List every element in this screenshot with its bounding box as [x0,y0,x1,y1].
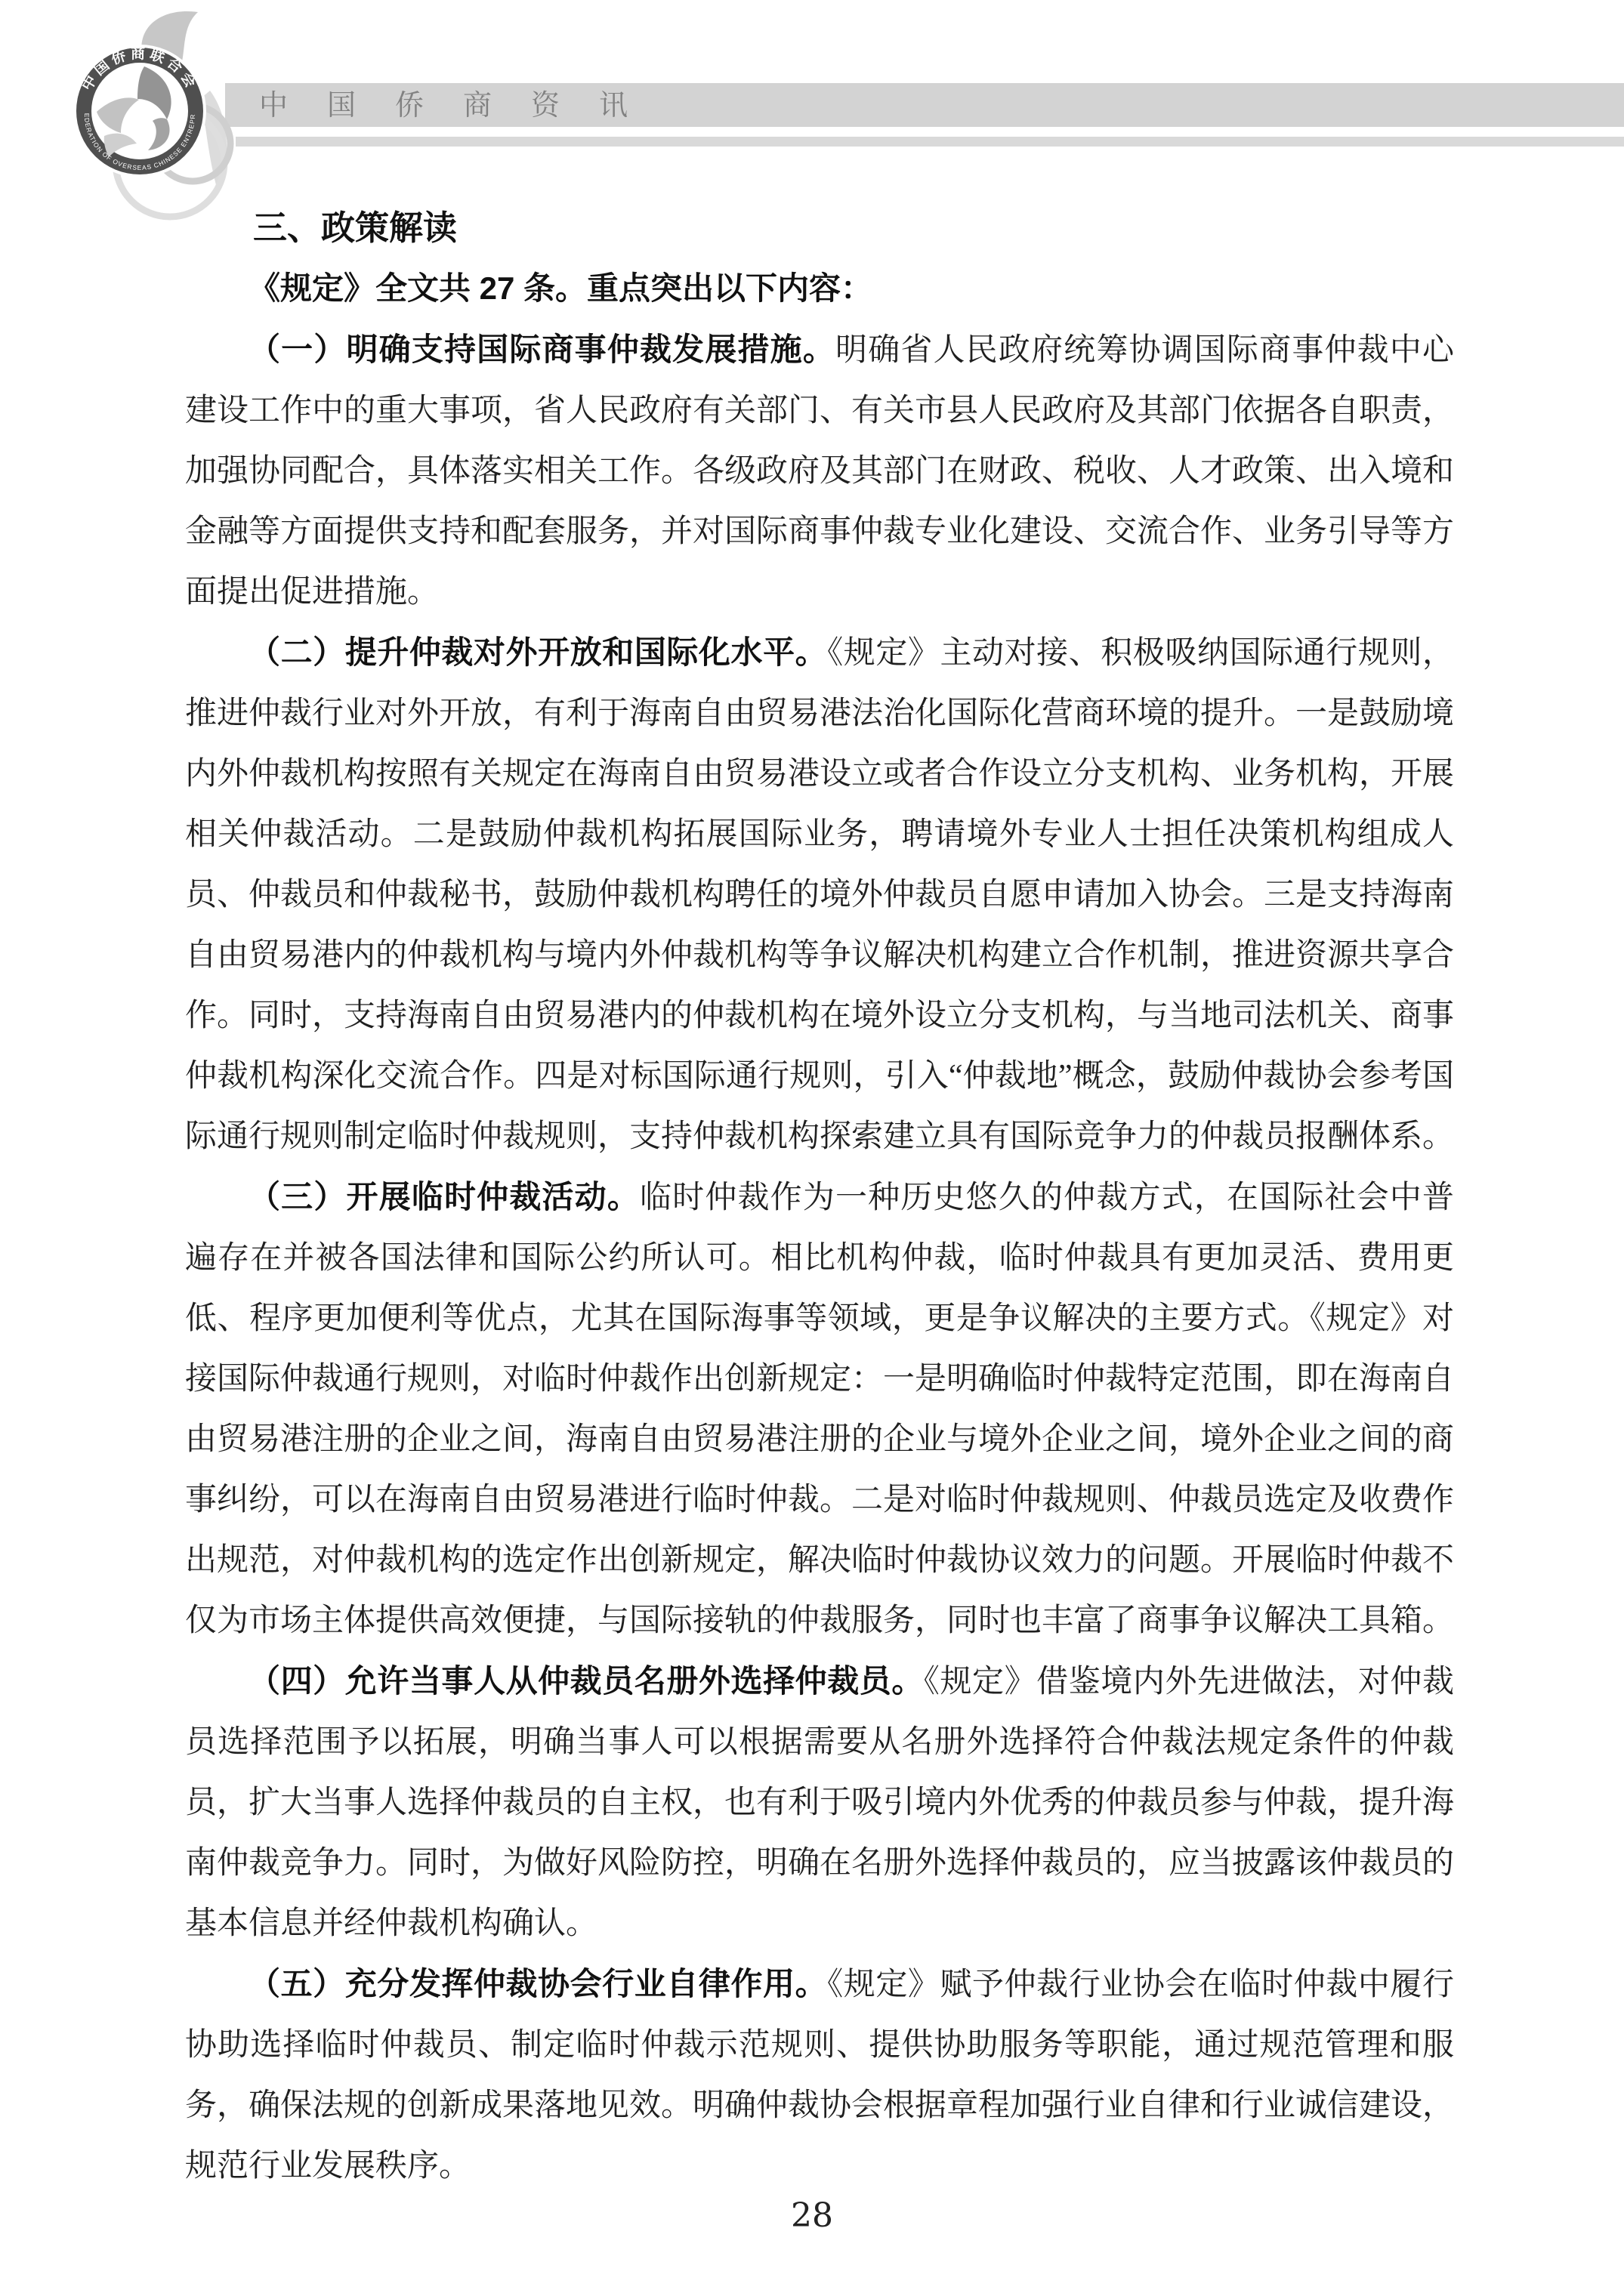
masthead-title: 中国侨商资讯 [259,91,667,120]
paragraph-4: （四）允许当事人从仲裁员名册外选择仲裁员。《规定》借鉴境内外先进做法，对仲裁员选… [185,1651,1454,1954]
paragraph-3-lead: （三）开展临时仲裁活动。 [249,1179,640,1214]
paragraph-1-text: 明确省人民政府统筹协调国际商事仲裁中心建设工作中的重大事项，省人民政府有关部门、… [185,333,1454,610]
paragraph-3-text: 临时仲裁作为一种历史悠久的仲裁方式，在国际社会中普遍存在并被各国法律和国际公约所… [185,1180,1454,1638]
page-number: 28 [0,2196,1624,2235]
intro-line: 《规定》全文共 27 条。重点突出以下内容： [185,258,1454,319]
paragraph-1: （一）明确支持国际商事仲裁发展措施。明确省人民政府统筹协调国际商事仲裁中心建设工… [185,319,1454,622]
federation-logo: 中国侨商联合会 CHINA FEDERATION OF OVERSEAS CHI… [38,0,287,227]
paragraph-1-lead: （一）明确支持国际商事仲裁发展措施。 [249,332,835,367]
document-page: 中国侨商资讯 中国侨商联合会 [0,0,1624,2293]
paragraph-2-text: 《规定》主动对接、积极吸纳国际通行规则，推进仲裁行业对外开放，有利于海南自由贸易… [185,636,1454,1154]
section-heading: 三、政策解读 [185,198,1454,258]
paragraph-3: （三）开展临时仲裁活动。临时仲裁作为一种历史悠久的仲裁方式，在国际社会中普遍存在… [185,1167,1454,1651]
header-subband [236,137,1624,147]
federation-logo-icon: 中国侨商联合会 CHINA FEDERATION OF OVERSEAS CHI… [38,0,287,227]
paragraph-4-text: 《规定》借鉴境内外先进做法，对仲裁员选择范围予以拓展，明确当事人可以根据需要从名… [185,1665,1454,1941]
paragraph-2-lead: （二）提升仲裁对外开放和国际化水平。 [249,634,827,670]
paragraph-2: （二）提升仲裁对外开放和国际化水平。《规定》主动对接、积极吸纳国际通行规则，推进… [185,622,1454,1167]
intro-text: 《规定》全文共 27 条。重点突出以下内容： [249,270,872,306]
article-body: 三、政策解读 《规定》全文共 27 条。重点突出以下内容： （一）明确支持国际商… [185,198,1454,2196]
paragraph-5-lead: （五）充分发挥仲裁协会行业自律作用。 [249,1966,827,2001]
paragraph-4-lead: （四）允许当事人从仲裁员名册外选择仲裁员。 [249,1663,924,1699]
paragraph-5: （五）充分发挥仲裁协会行业自律作用。《规定》赋予仲裁行业协会在临时仲裁中履行协助… [185,1954,1454,2196]
